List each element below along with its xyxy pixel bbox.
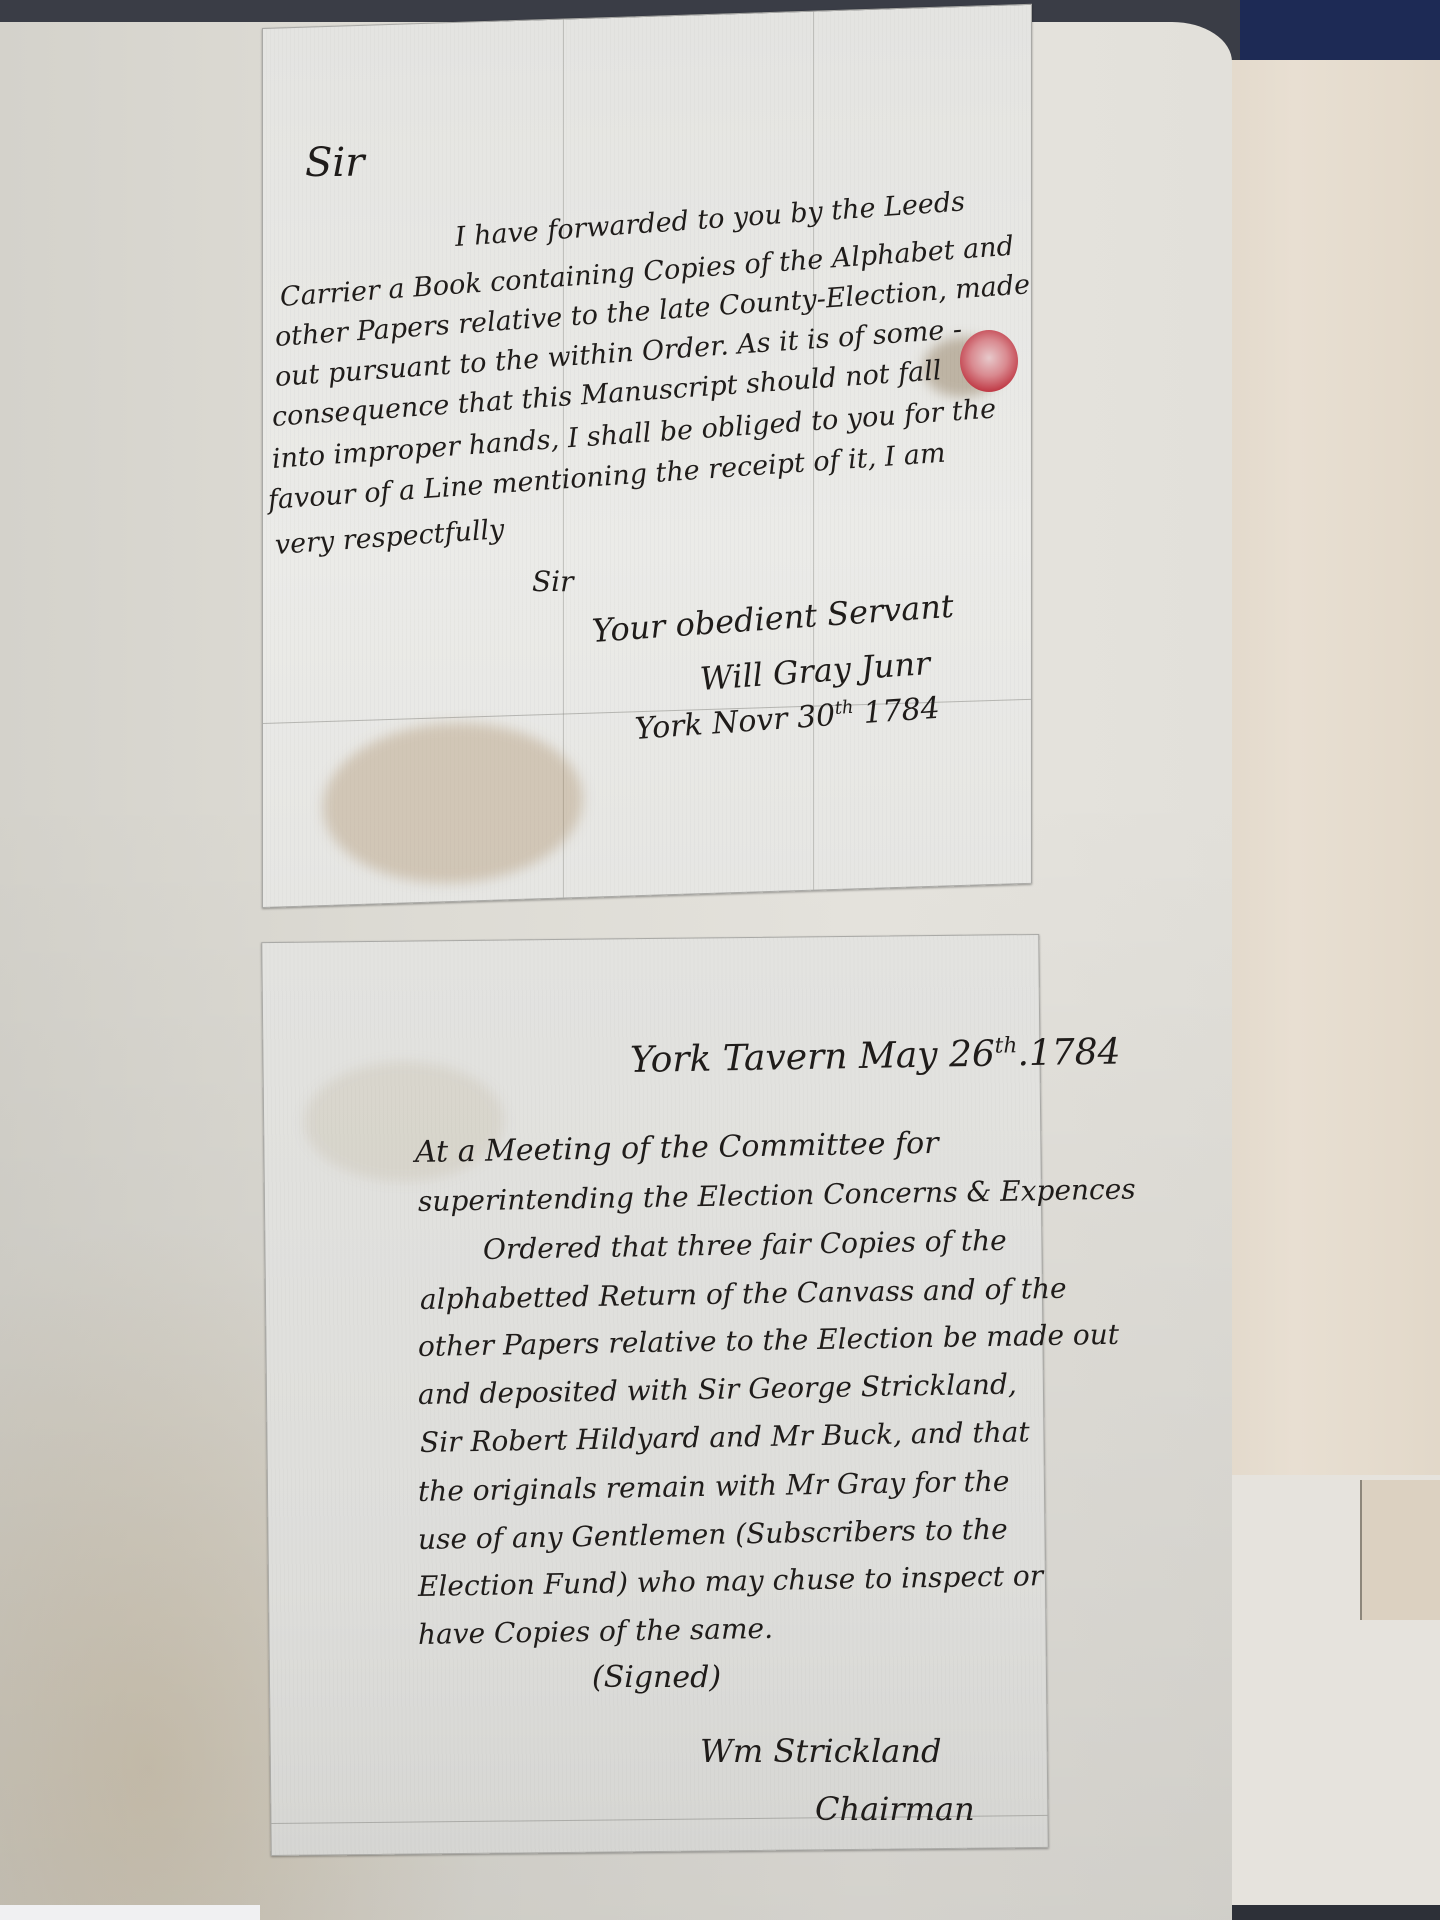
letter1-salutation: Sir: [305, 140, 364, 186]
minutes-chairman-title: Chairman: [815, 1790, 975, 1828]
letter1-month: Novr: [711, 701, 789, 741]
minutes-signed-label: (Signed): [592, 1660, 721, 1695]
minutes-signature: Wm Strickland: [700, 1732, 941, 1770]
minutes-year: 1784: [1029, 1031, 1121, 1074]
minutes-day-suffix: th: [994, 1033, 1017, 1058]
letter1-day: 30: [796, 698, 837, 736]
wax-seal-remnant: [960, 330, 1018, 392]
letter1-place: York: [634, 707, 704, 747]
background-blue-object: [1240, 0, 1440, 60]
minutes-heading: York Tavern May 26th.1784: [630, 1031, 1121, 1081]
page-edge: [0, 1905, 260, 1920]
inserted-paper-slip: [1360, 1480, 1440, 1620]
minutes-line: have Copies of the same.: [418, 1612, 774, 1651]
water-stain: [323, 719, 583, 887]
letter1-closing-salutation: Sir: [532, 565, 574, 598]
letter1-day-suffix: th: [834, 697, 854, 719]
letter1-year: 1784: [862, 691, 941, 731]
minutes-month: May: [859, 1035, 938, 1077]
minutes-day: 26: [949, 1034, 996, 1076]
minutes-place: York Tavern: [630, 1036, 848, 1081]
